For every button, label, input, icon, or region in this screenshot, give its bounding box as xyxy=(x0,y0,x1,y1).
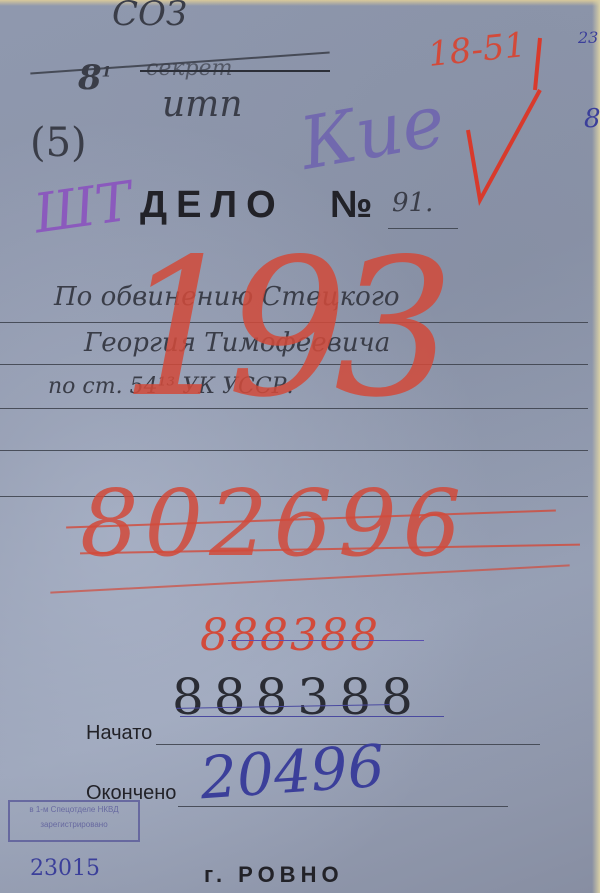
margin-mark-2: 8 xyxy=(584,104,600,134)
case-number: 91. xyxy=(392,188,433,218)
paper-edge-top xyxy=(0,0,600,6)
note-crossed-word: секрет xyxy=(146,56,232,81)
stamp-line-2: зарегистрировано xyxy=(10,817,138,832)
started-label: Начато xyxy=(86,722,152,745)
section-number: 8 xyxy=(78,58,102,98)
red-checkmark-icon xyxy=(460,30,550,210)
note-section: 81 xyxy=(78,58,111,98)
note-bracket-number: (5) xyxy=(30,120,87,166)
note-code: СОЗ xyxy=(112,0,187,34)
stamped-number: 888388 xyxy=(172,668,423,726)
red-number-2: 888388 xyxy=(200,610,380,661)
note-label: итп xyxy=(162,84,243,125)
case-file-cover: СОЗ 81 секрет итп (5) ШТ Кие 18-51 23 8 … xyxy=(0,0,600,893)
stamp-line-1: в 1-м Спецотделе НКВД xyxy=(10,802,138,817)
registration-stamp: в 1-м Спецотделе НКВД зарегистрировано xyxy=(8,800,140,842)
section-sup: 1 xyxy=(102,65,112,81)
blue-crossout-1 xyxy=(228,640,424,641)
bottom-number: 23015 xyxy=(30,856,100,881)
blue-crossout-3 xyxy=(180,716,444,717)
violet-signature: Кие xyxy=(294,78,451,186)
rule-line xyxy=(0,450,588,451)
ended-value: 20496 xyxy=(198,732,387,813)
margin-mark-1: 23 xyxy=(578,28,598,47)
red-big-number: 193 xyxy=(120,218,441,439)
crossout-line xyxy=(140,70,330,72)
city: г. РОВНО xyxy=(204,862,344,888)
